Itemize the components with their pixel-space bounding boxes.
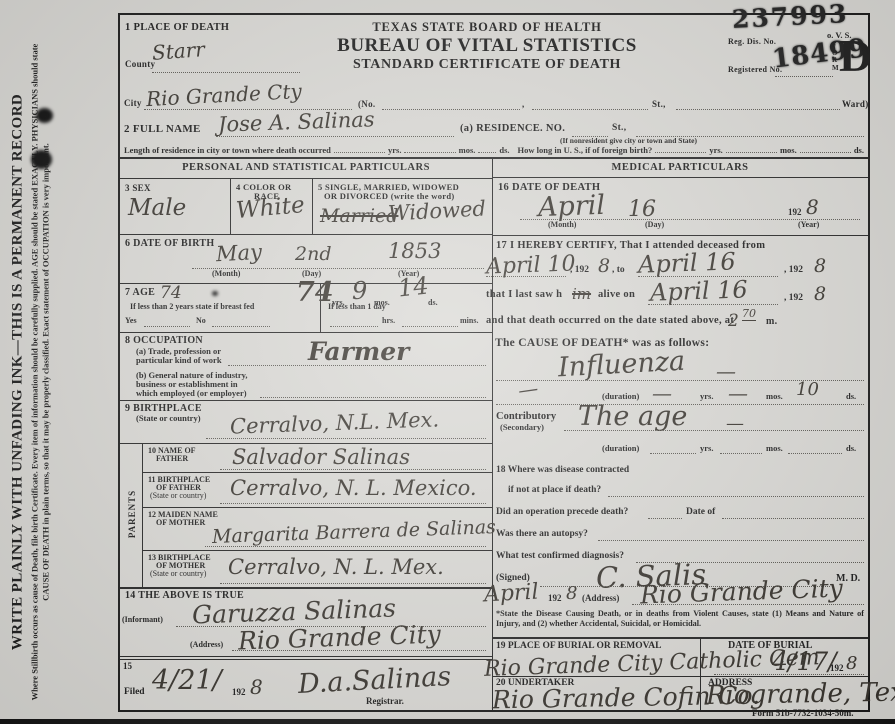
certify-scribble: im: [572, 285, 591, 303]
occupation-label: 8 OCCUPATION: [125, 335, 203, 346]
duration-ds: ds.: [846, 391, 856, 401]
certificate-form: 1 PLACE OF DEATH County Starr TEXAS STAT…: [118, 13, 870, 712]
mother-line: [205, 545, 486, 547]
header-divider: [120, 157, 868, 159]
certify-c3: , 192: [784, 293, 803, 303]
form-letter-D: D: [839, 29, 872, 82]
duration-mos: mos.: [766, 391, 783, 401]
place-of-death-label: 1 PLACE OF DEATH: [125, 22, 229, 33]
rule: [142, 507, 492, 508]
stamp-number: 237993: [731, 0, 849, 34]
certify-y2: 8: [814, 255, 826, 277]
father-line: [220, 468, 486, 470]
left-margin: WRITE PLAINLY WITH UNFADING INK—THIS IS …: [0, 0, 118, 724]
age-label: 7 AGE: [125, 287, 155, 298]
hrs-label: hrs.: [382, 316, 395, 325]
contributory-mos: mos.: [766, 443, 783, 453]
line: [720, 452, 762, 454]
birth-day-value: 2nd: [295, 243, 332, 265]
duration-dash3: —: [728, 381, 748, 405]
death-certificate-scan: WRITE PLAINLY WITH UNFADING INK—THIS IS …: [0, 0, 895, 724]
mos2-label: mos.: [780, 145, 797, 155]
filed-num: 15: [123, 661, 132, 671]
q18-line1: 18 Where was disease contracted: [496, 465, 629, 475]
ink-blot: [31, 150, 52, 169]
occupation-value: Farmer: [308, 337, 409, 366]
registered-line: [775, 75, 833, 77]
contributory-duration-label: (duration): [602, 443, 639, 453]
signed-month-value: April: [483, 580, 539, 608]
yes-label: Yes: [125, 316, 137, 325]
line: [722, 517, 864, 519]
death-year-pre: 192: [788, 207, 802, 217]
marital-value: Widowed: [387, 196, 486, 225]
st-line: [532, 108, 648, 110]
how-long-us-label: How long in U. S., if of foreign birth?: [518, 145, 653, 155]
certify-c1: , 192: [570, 265, 589, 275]
informant-label: (Informant): [122, 615, 163, 624]
mother-bp-value: Cerralvo, N. L. Mex.: [228, 555, 444, 579]
line: [486, 275, 566, 277]
date-of-birth-label: 6 DATE OF BIRTH: [125, 238, 214, 249]
mother-bp-label3: (State or country): [150, 569, 206, 578]
death-time-value: 2: [728, 311, 739, 331]
ds-label: ds.: [499, 145, 509, 155]
contributory-line: [564, 429, 864, 431]
rule: [120, 178, 492, 179]
bureau-title: BUREAU OF VITAL STATISTICS: [292, 35, 682, 57]
rule: [142, 472, 492, 473]
death-year-caption: (Year): [798, 220, 819, 229]
informant-address-label: (Address): [190, 640, 223, 649]
certify-y1: 8: [598, 255, 610, 277]
line: [648, 517, 682, 519]
q18-operation-label: Did an operation precede death?: [496, 507, 628, 517]
cause-value: Influenza: [557, 346, 686, 384]
death-day-caption: (Day): [645, 220, 664, 229]
no-line: [212, 325, 270, 327]
cell-divider: [230, 178, 231, 234]
ward-label: Ward): [842, 99, 869, 109]
certify-to-word: , to: [612, 265, 625, 275]
mother-value: Margarita Barrera de Salinas: [212, 516, 497, 548]
occupation-b3: which employed (or employer): [136, 388, 247, 398]
full-name-value: Jose A. Salinas: [218, 107, 375, 136]
contributory-label: Contributory: [496, 411, 556, 422]
birth-year-value: 1853: [388, 239, 441, 263]
contributory-sub: (Secondary): [500, 422, 544, 432]
ward-line: [676, 108, 840, 110]
burial-year-suf: 8: [846, 653, 857, 674]
age-mos-value: 9: [352, 277, 367, 305]
name-line: [216, 135, 454, 137]
duration-dash1: —: [516, 376, 539, 403]
address-line: [232, 649, 486, 651]
reg-dis-label: Reg. Dis. No.: [728, 37, 776, 46]
father-bp-line: [220, 502, 486, 504]
marital-struck-value: Married: [320, 205, 398, 227]
employer-line: [260, 396, 486, 398]
ds2-label: ds.: [854, 145, 864, 155]
residence-length-label: Length of residence in city or town wher…: [124, 145, 331, 155]
city-value: Rio Grande Cty: [145, 79, 302, 111]
line: [632, 603, 864, 605]
ink-dot: [212, 291, 218, 296]
residence-label: (a) RESIDENCE. NO.: [460, 123, 565, 134]
birthplace-sub: (State or country): [136, 413, 201, 423]
line: [788, 452, 842, 454]
cell-divider: [312, 178, 313, 234]
occupation-a2: particular kind of work: [136, 355, 222, 365]
county-line: [152, 71, 300, 73]
mother-label2: OF MOTHER: [156, 518, 205, 527]
birth-month-value: May: [215, 240, 262, 266]
registrar-signature: D.a.Salinas: [297, 661, 452, 700]
margin-warning-text: WRITE PLAINLY WITH UNFADING INK—THIS IS …: [10, 30, 27, 715]
mother-bp-line: [220, 582, 486, 584]
age-ds-label: ds.: [428, 298, 438, 307]
filed-date-value: 4/21/: [152, 665, 222, 696]
filed-label: Filed: [124, 687, 145, 697]
certify-saw-value: April 16: [650, 275, 749, 306]
father-bp-label3: (State or country): [150, 491, 206, 500]
rule: [120, 659, 492, 660]
rule: [120, 443, 492, 444]
contributory-ds: ds.: [846, 443, 856, 453]
signed-year-pre: 192: [548, 593, 562, 603]
age-ds-value: 14: [397, 271, 430, 302]
form-number: Form 51b-7732-1034-50m.: [752, 708, 853, 718]
signed-address-label: (Address): [582, 593, 619, 603]
month-caption: (Month): [212, 269, 240, 278]
filed-year-suf: 8: [250, 675, 263, 699]
rule: [492, 676, 868, 677]
burial-date-line: [714, 673, 864, 675]
rule: [120, 234, 492, 235]
father-label2: FATHER: [156, 454, 188, 463]
duration-label: (duration): [602, 391, 639, 401]
rule: [142, 550, 492, 551]
duration-ds-value: 10: [796, 379, 819, 400]
yes-line: [144, 325, 190, 327]
medical-title: MEDICAL PARTICULARS: [492, 162, 868, 173]
form-word-vertical: FORM: [832, 42, 839, 72]
certify-line4: and that death occurred on the date stat…: [486, 315, 734, 326]
rule: [492, 177, 868, 178]
mos-label: mos.: [459, 145, 476, 155]
board-title: TEXAS STATE BOARD OF HEALTH: [292, 20, 682, 35]
less-day-label: If less than 1 day: [328, 302, 386, 311]
birthplace-line: [206, 437, 486, 439]
filed-year-pre: 192: [232, 687, 246, 697]
line: [598, 539, 864, 541]
res-st-label: St.,: [612, 123, 626, 133]
contributory-yrs: yrs.: [700, 443, 713, 453]
mins-label: mins.: [460, 316, 478, 325]
county-value: Starr: [151, 37, 205, 65]
rule: [120, 656, 492, 657]
burial-date-value: 4/17/: [772, 647, 837, 676]
burial-year-pre: 192: [830, 663, 844, 673]
rule: [120, 400, 492, 401]
comma: ,: [522, 99, 525, 109]
duration-yrs: yrs.: [700, 391, 713, 401]
full-name-label: 2 FULL NAME: [124, 123, 201, 135]
sex-label: 3 SEX: [125, 183, 151, 193]
no-label: No: [196, 316, 206, 325]
yrs2-label: yrs.: [709, 145, 722, 155]
certify-c2: , 192: [784, 265, 803, 275]
rule-thick: [120, 587, 492, 589]
personal-title: PERSONAL AND STATISTICAL PARTICULARS: [120, 162, 492, 173]
q18-autopsy-label: Was there an autopsy?: [496, 529, 588, 539]
certify-y3: 8: [814, 283, 826, 305]
certify-line3b: alive on: [598, 289, 635, 300]
certify-to-value: April 16: [638, 247, 737, 278]
margin-instructions-text: Where Stillbirth occurs as cause of Deat…: [30, 30, 51, 715]
scan-edge: [0, 719, 895, 724]
rule: [120, 332, 492, 333]
q18-date-of-label: Date of: [686, 507, 715, 517]
father-bp-value: Cerralvo, N. L. Mexico.: [230, 476, 477, 500]
death-time-sup: 70: [742, 307, 756, 321]
contributory-value: The age: [578, 401, 687, 432]
city-label: City: [124, 98, 142, 108]
undertaker-address-value: Riogrande, Texas: [706, 677, 895, 711]
q18-line2: if not at place if death?: [508, 485, 601, 495]
hrs-line: [330, 325, 378, 327]
st-label: St.,: [652, 99, 666, 109]
death-month-caption: (Month): [548, 220, 576, 229]
registrar-label: Registrar.: [366, 696, 404, 706]
certify-line3a: that I last saw h: [486, 289, 562, 300]
race-value: White: [235, 192, 306, 224]
rule-thick: [492, 637, 868, 639]
q18-test-label: What test confirmed diagnosis?: [496, 551, 624, 561]
father-value: Salvador Salinas: [232, 445, 410, 469]
line: [650, 452, 696, 454]
death-year-suf: 8: [806, 195, 819, 219]
parents-vertical-label: PARENTS: [127, 474, 137, 554]
age-value: 74: [160, 283, 182, 303]
parents-divider: [142, 443, 143, 587]
mins-line: [402, 325, 458, 327]
line: [608, 495, 864, 497]
line: [648, 303, 778, 305]
ink-blot: [36, 108, 53, 123]
m-label: m.: [766, 316, 777, 327]
cause-footnote: *State the Disease Causing Death, or in …: [496, 609, 864, 629]
breast-fed-label: If less than 2 years state if breast fed: [130, 302, 254, 311]
signed-year-suf: 8: [566, 583, 577, 604]
birthplace-value: Cerralvo, N.L. Mex.: [230, 407, 440, 438]
column-divider: [492, 157, 493, 710]
certificate-title: STANDARD CERTIFICATE OF DEATH: [292, 57, 682, 73]
nonresident-note: (If nonresident give city or town and St…: [560, 136, 697, 145]
county-label: County: [125, 59, 155, 69]
rule: [492, 235, 868, 236]
no-line: [382, 108, 520, 110]
burial-place-label: 19 PLACE OF BURIAL OR REMOVAL: [496, 641, 661, 651]
yrs-label: yrs.: [388, 145, 401, 155]
sex-value: Male: [128, 195, 186, 221]
